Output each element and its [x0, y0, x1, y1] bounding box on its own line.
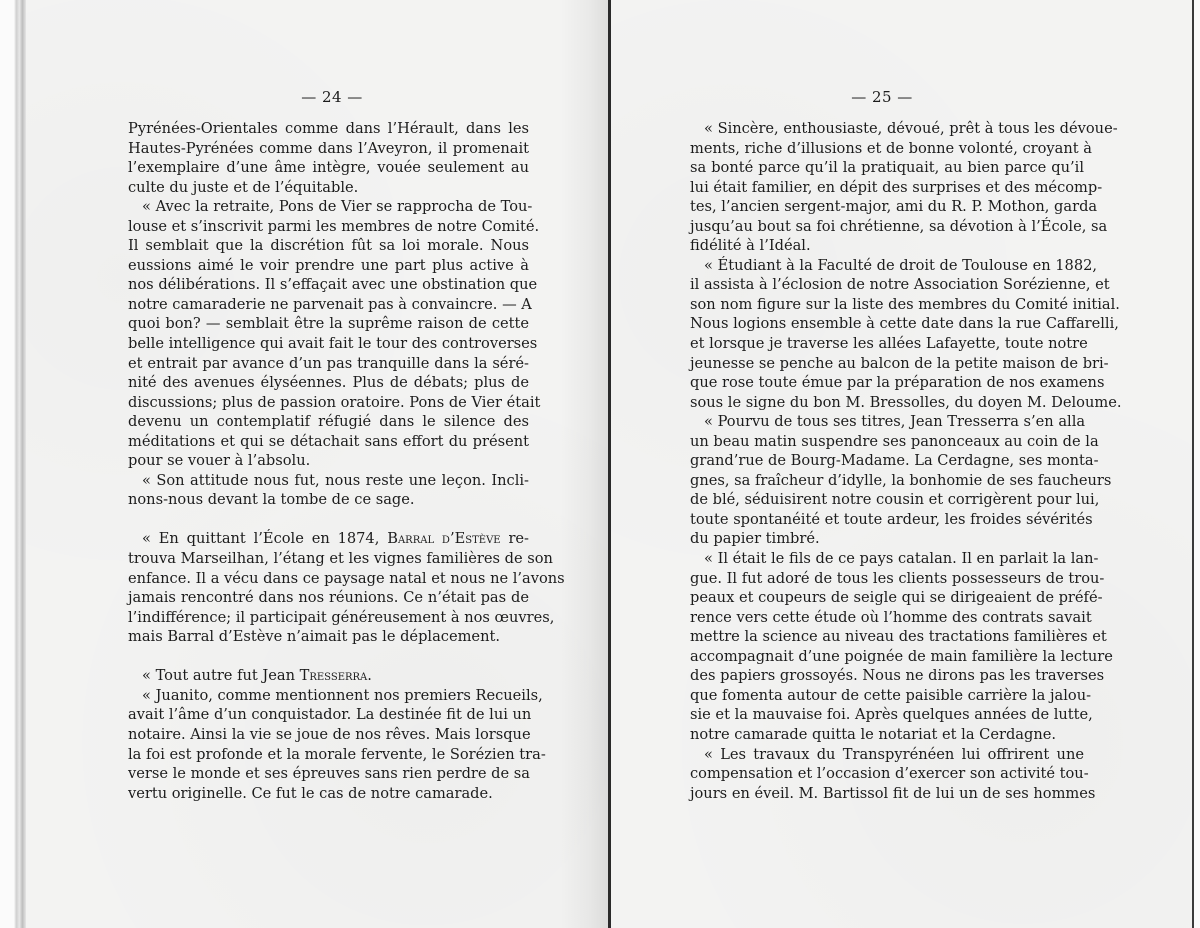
- small-caps-name: Barral d’Estève: [387, 530, 500, 547]
- right-page: — 25 — « Sincère, enthousiaste, dévoué, …: [611, 0, 1200, 928]
- text-line: pour se vouer à l’absolu.: [128, 451, 529, 471]
- text-line: que rose toute émue par la préparation d…: [690, 373, 1084, 393]
- left-page: — 24 — Pyrénées-Orientales comme dans l’…: [0, 0, 610, 928]
- text-line: notaire. Ainsi la vie se joue de nos rêv…: [128, 725, 529, 745]
- text-line: lui était familier, en dépit des surpris…: [690, 178, 1084, 198]
- text-line: que fomenta autour de cette paisible car…: [690, 686, 1084, 706]
- text-line: vertu originelle. Ce fut le cas de notre…: [128, 784, 529, 804]
- text-line: jeunesse se penche au balcon de la petit…: [690, 354, 1084, 374]
- gutter-shadow: [560, 0, 608, 928]
- text-line: compensation et l’occasion d’exercer son…: [690, 764, 1084, 784]
- text-line: gnes, sa fraîcheur d’idylle, la bonhomie…: [690, 471, 1084, 491]
- text-line: « En quittant l’École en 1874, Barral d’…: [128, 529, 529, 549]
- text-line: l’indifférence; il participait généreuse…: [128, 608, 529, 628]
- right-page-text: « Sincère, enthousiaste, dévoué, prêt à …: [690, 119, 1084, 803]
- text-line: « Juanito, comme mentionnent nos premier…: [128, 686, 529, 706]
- text-line: toute spontanéité et toute ardeur, les f…: [690, 510, 1084, 530]
- text-line: « Sincère, enthousiaste, dévoué, prêt à …: [690, 119, 1084, 139]
- text-line: « Avec la retraite, Pons de Vier se rapp…: [128, 197, 529, 217]
- text-line: devenu un contemplatif réfugié dans le s…: [128, 412, 529, 432]
- text-line: grand’rue de Bourg-Madame. La Cerdagne, …: [690, 451, 1084, 471]
- text-line: jusqu’au bout sa foi chrétienne, sa dévo…: [690, 217, 1084, 237]
- text-line: tes, l’ancien sergent-major, ami du R. P…: [690, 197, 1084, 217]
- text-line: « Les travaux du Transpyrénéen lui offri…: [690, 745, 1084, 765]
- text-line: mais Barral d’Estève n’aimait pas le dép…: [128, 627, 529, 647]
- text-line: Nous logions ensemble à cette date dans …: [690, 314, 1084, 334]
- text-line: quoi bon? — semblait être la suprême rai…: [128, 314, 529, 334]
- small-caps-name: Tresserra: [300, 667, 368, 684]
- text-line: et lorsque je traverse les allées Lafaye…: [690, 334, 1084, 354]
- text-line: « Son attitude nous fut, nous reste une …: [128, 471, 529, 491]
- text-line: louse et s’inscrivit parmi les membres d…: [128, 217, 529, 237]
- text-line: rence vers cette étude où l’homme des co…: [690, 608, 1084, 628]
- text-line: eussions aimé le voir prendre une part p…: [128, 256, 529, 276]
- text-line: belle intelligence qui avait fait le tou…: [128, 334, 529, 354]
- text-line: des papiers grossoyés. Nous ne dirons pa…: [690, 666, 1084, 686]
- text-line: l’exemplaire d’une âme intègre, vouée se…: [128, 158, 529, 178]
- text-line: « Pourvu de tous ses titres, Jean Tresse…: [690, 412, 1084, 432]
- text-line: accompagnait d’une poignée de main famil…: [690, 647, 1084, 667]
- scan-margin: [0, 0, 14, 928]
- text-line: « Il était le fils de ce pays catalan. I…: [690, 549, 1084, 569]
- text-line: verse le monde et ses épreuves sans rien…: [128, 764, 529, 784]
- text-line: sa bonté parce qu’il la pratiquait, au b…: [690, 158, 1084, 178]
- text-line: nos délibérations. Il s’effaçait avec un…: [128, 275, 529, 295]
- text-line: trouva Marseilhan, l’étang et les vignes…: [128, 549, 529, 569]
- paragraph-gap: [128, 510, 529, 530]
- text-line: méditations et qui se détachait sans eff…: [128, 432, 529, 452]
- text-line: Pyrénées-Orientales comme dans l’Hérault…: [128, 119, 529, 139]
- text-line: jamais rencontré dans nos réunions. Ce n…: [128, 588, 529, 608]
- page-number: — 24 —: [232, 88, 432, 106]
- text-line: un beau matin suspendre ses panonceaux a…: [690, 432, 1084, 452]
- text-line: « Étudiant à la Faculté de droit de Toul…: [690, 256, 1084, 276]
- scan-margin: [1194, 0, 1200, 928]
- text-line: notre camaraderie ne parvenait pas à con…: [128, 295, 529, 315]
- text-line: nité des avenues élyséennes. Plus de déb…: [128, 373, 529, 393]
- text-line: enfance. Il a vécu dans ce paysage natal…: [128, 569, 529, 589]
- text-line: sous le signe du bon M. Bressolles, du d…: [690, 393, 1084, 413]
- text-line: fidélité à l’Idéal.: [690, 236, 1084, 256]
- text-line: Il semblait que la discrétion fût sa loi…: [128, 236, 529, 256]
- text-line: de blé, séduisirent notre cousin et corr…: [690, 490, 1084, 510]
- text-line: avait l’âme d’un conquistador. La destin…: [128, 705, 529, 725]
- book-spread: — 24 — Pyrénées-Orientales comme dans l’…: [0, 0, 1200, 928]
- text-line: notre camarade quitta le notariat et la …: [690, 725, 1084, 745]
- text-line: du papier timbré.: [690, 529, 1084, 549]
- text-line: il assista à l’éclosion de notre Associa…: [690, 275, 1084, 295]
- text-line: gue. Il fut adoré de tous les clients po…: [690, 569, 1084, 589]
- text-line: culte du juste et de l’équitable.: [128, 178, 529, 198]
- paragraph-gap: [128, 647, 529, 667]
- text-line: nons-nous devant la tombe de ce sage.: [128, 490, 529, 510]
- text-line: la foi est profonde et la morale fervent…: [128, 745, 529, 765]
- text-line: peaux et coupeurs de seigle qui se dirig…: [690, 588, 1084, 608]
- text-line: ments, riche d’illusions et de bonne vol…: [690, 139, 1084, 159]
- text-line: sie et la mauvaise foi. Après quelques a…: [690, 705, 1084, 725]
- text-line: son nom figure sur la liste des membres …: [690, 295, 1084, 315]
- text-line: mettre la science au niveau des tractati…: [690, 627, 1084, 647]
- text-line: jours en éveil. M. Bartissol fit de lui …: [690, 784, 1084, 804]
- left-page-text: Pyrénées-Orientales comme dans l’Hérault…: [128, 119, 529, 803]
- text-line: discussions; plus de passion oratoire. P…: [128, 393, 529, 413]
- text-line: et entrait par avance d’un pas tranquill…: [128, 354, 529, 374]
- text-line: Hautes-Pyrénées comme dans l’Aveyron, il…: [128, 139, 529, 159]
- page-stack-edge: [14, 0, 26, 928]
- text-line: « Tout autre fut Jean Tresserra.: [128, 666, 529, 686]
- page-number: — 25 —: [782, 88, 982, 106]
